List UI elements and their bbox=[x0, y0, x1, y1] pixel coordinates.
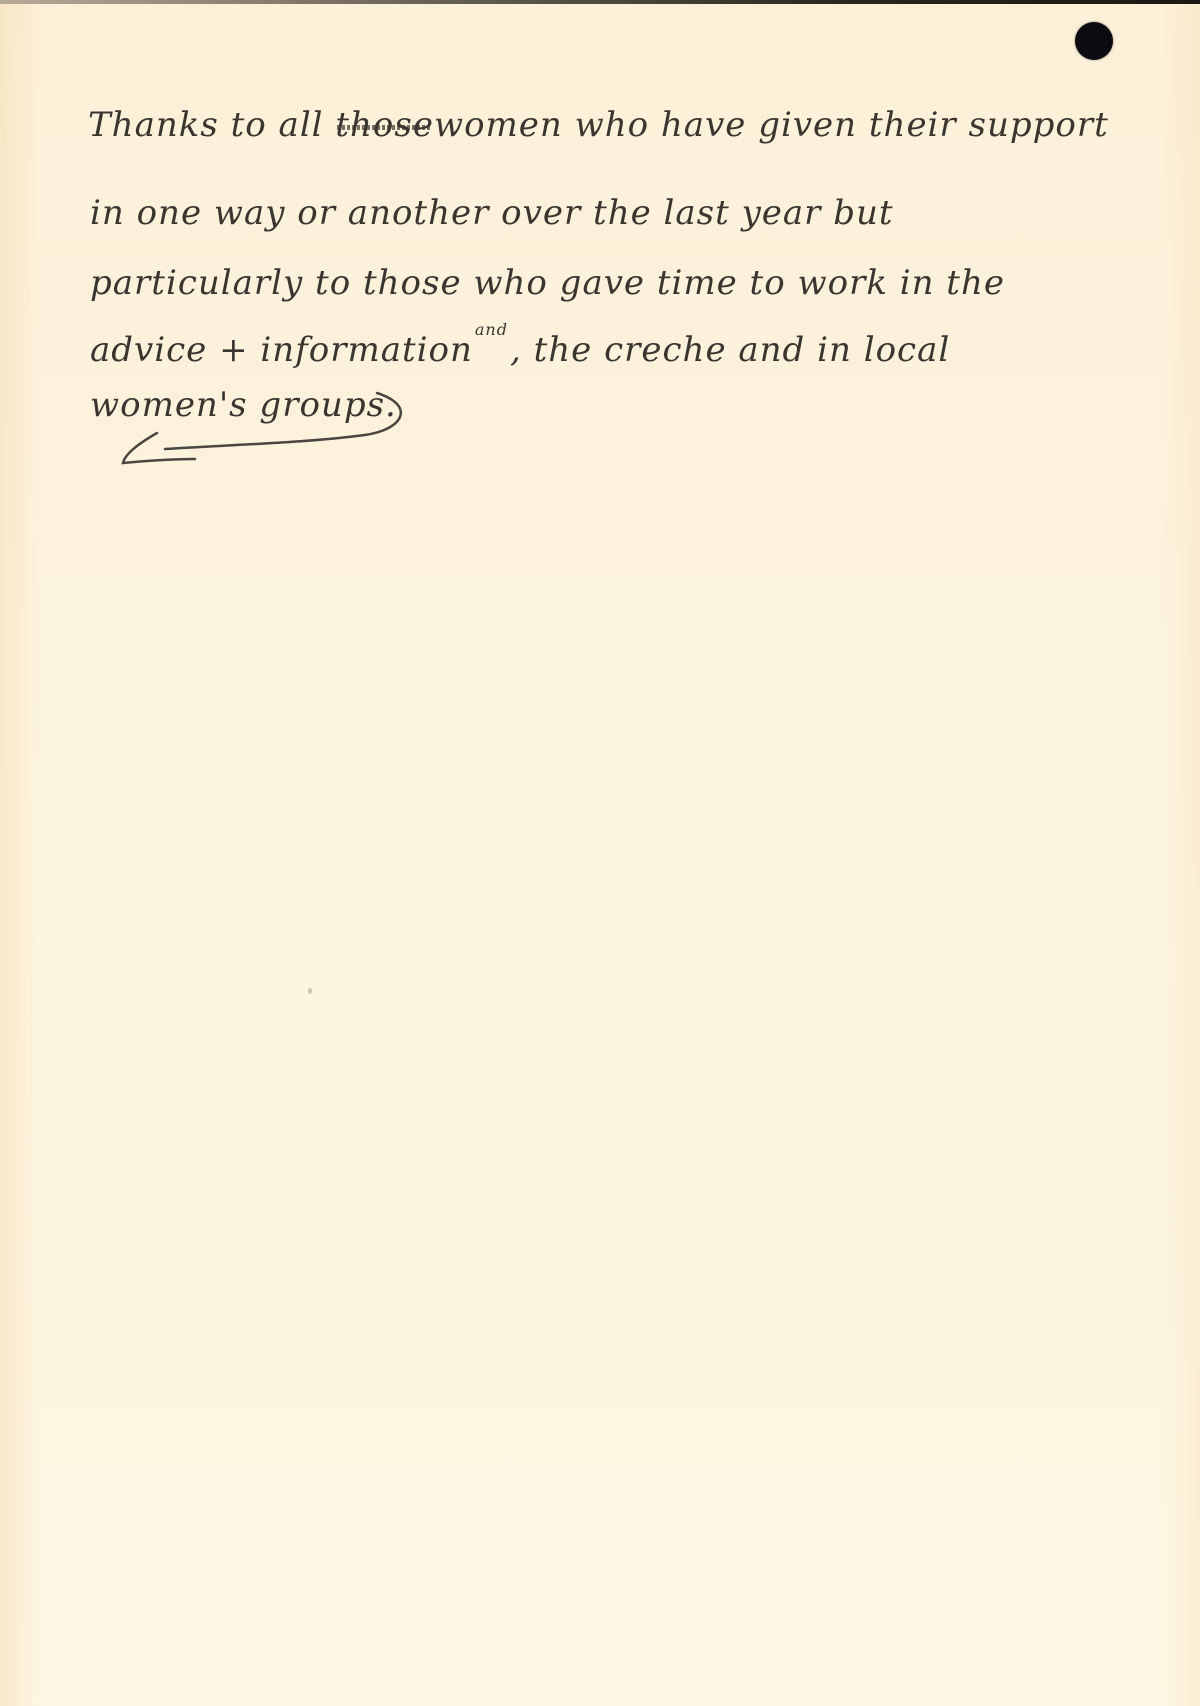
top-edge-shadow bbox=[0, 0, 1200, 4]
note-line-2: in one way or another over the last year… bbox=[90, 188, 894, 238]
punch-hole bbox=[1075, 22, 1113, 60]
line-4-after: , the creche and in local bbox=[510, 330, 950, 370]
paper-speck bbox=[308, 988, 312, 994]
line-1-before: Thanks to all bbox=[88, 105, 335, 145]
note-line-1: Thanks to all thosewomen who have given … bbox=[88, 100, 1109, 150]
note-line-4: advice + informationand, the creche and … bbox=[90, 325, 950, 375]
line-1-after: women who have given their support bbox=[434, 105, 1109, 145]
paper-page: Thanks to all thosewomen who have given … bbox=[0, 0, 1200, 1706]
curved-arrow-left-icon bbox=[115, 385, 435, 475]
struck-word: those bbox=[335, 100, 434, 150]
note-line-3: particularly to those who gave time to w… bbox=[90, 258, 1005, 308]
line-4-before: advice + information bbox=[90, 330, 473, 370]
inserted-word: and bbox=[475, 305, 508, 355]
